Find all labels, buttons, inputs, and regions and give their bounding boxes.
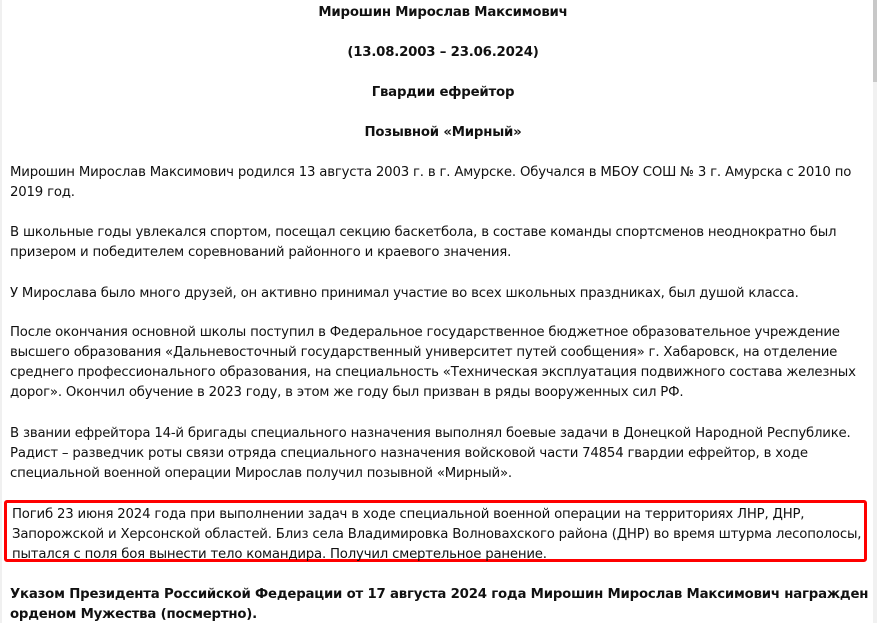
document-page: Мирошин Мирослав Максимович (13.08.2003 … (0, 0, 873, 623)
paragraph-service: В звании ефрейтора 14-й бригады специаль… (10, 424, 872, 484)
highlighted-death-paragraph: Погиб 23 июня 2024 года при выполнении з… (4, 500, 867, 562)
vertical-scrollbar[interactable] (873, 0, 877, 623)
callsign-heading: Позывной «Мирный» (10, 123, 873, 143)
death-paragraph-text: Погиб 23 июня 2024 года при выполнении з… (12, 507, 861, 562)
paragraph-birth-education: Мирошин Мирослав Максимович родился 13 а… (10, 163, 872, 203)
paragraph-sports: В школьные годы увлекался спортом, посещ… (10, 223, 872, 263)
rank-heading: Гвардии ефрейтор (10, 83, 873, 103)
life-dates-heading: (13.08.2003 – 23.06.2024) (10, 43, 873, 63)
paragraph-friends: У Мирослава было много друзей, он активн… (10, 284, 872, 304)
award-paragraph: Указом Президента Российской Федерации о… (10, 585, 872, 623)
paragraph-university: После окончания основной школы поступил … (10, 323, 872, 403)
scrollbar-thumb[interactable] (873, 0, 877, 82)
person-name-heading: Мирошин Мирослав Максимович (10, 3, 873, 23)
